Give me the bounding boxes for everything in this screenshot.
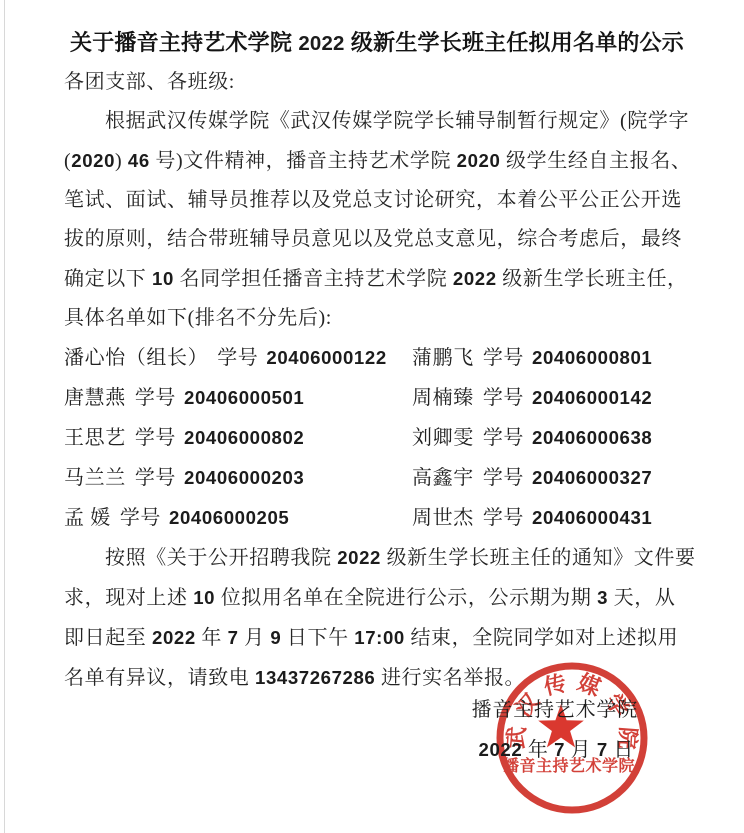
mentor-roster: 潘心怡（组长）学号20406000122 蒲鹏飞学号20406000801 唐慧… xyxy=(64,338,690,538)
roster-cell: 周楠臻学号20406000142 xyxy=(412,378,652,418)
paragraph-line: 笔试、面试、辅导员推荐以及党总支讨论研究，本着公平公正公开选 xyxy=(64,181,690,220)
document-page: 关于播音主持艺术学院 2022 级新生学长班主任拟用名单的公示 各团支部、各班级… xyxy=(0,0,744,833)
roster-cell: 蒲鹏飞学号20406000801 xyxy=(412,338,652,378)
student-id: 20406000142 xyxy=(532,387,652,408)
roster-cell: 孟 媛学号20406000205 xyxy=(64,498,412,538)
student-name: 唐慧燕 xyxy=(64,387,126,409)
paragraph-line: (2020) 46 号)文件精神，播音主持艺术学院 2020 级学生经自主报名、 xyxy=(64,141,690,181)
student-name: 刘卿雯 xyxy=(412,427,474,449)
paragraph-line: 按照《关于公开招聘我院 2022 级新生学长班主任的通知》文件要 xyxy=(64,538,690,578)
roster-cell: 周世杰学号20406000431 xyxy=(412,498,652,538)
signature-date: 2022 年 7 月 7 日 xyxy=(479,737,635,763)
roster-row: 王思艺学号20406000802 刘卿雯学号20406000638 xyxy=(64,418,690,458)
student-id: 20406000327 xyxy=(532,467,652,488)
roster-row: 潘心怡（组长）学号20406000122 蒲鹏飞学号20406000801 xyxy=(64,338,690,378)
student-id: 20406000802 xyxy=(184,427,304,448)
student-id-label: 学号 xyxy=(483,427,524,449)
paragraph-line: 拔的原则，结合带班辅导员意见以及党总支意见，综合考虑后，最终 xyxy=(64,220,690,259)
roster-cell: 高鑫宇学号20406000327 xyxy=(412,458,652,498)
student-id-label: 学号 xyxy=(135,467,176,489)
paragraph-line: 求，现对上述 10 位拟用名单在全院进行公示，公示期为期 3 天，从 xyxy=(64,578,690,618)
paragraph-line: 具体名单如下(排名不分先后): xyxy=(64,299,690,338)
roster-row: 马兰兰学号20406000203 高鑫宇学号20406000327 xyxy=(64,458,690,498)
document-body: 关于播音主持艺术学院 2022 级新生学长班主任拟用名单的公示 各团支部、各班级… xyxy=(64,24,690,698)
student-id-label: 学号 xyxy=(483,507,524,529)
student-name: 高鑫宇 xyxy=(412,467,474,489)
student-id: 20406000801 xyxy=(532,347,652,368)
student-name: 王思艺 xyxy=(64,427,126,449)
student-id-label: 学号 xyxy=(483,467,524,489)
roster-row: 唐慧燕学号20406000501 周楠臻学号20406000142 xyxy=(64,378,690,418)
roster-cell: 马兰兰学号20406000203 xyxy=(64,458,412,498)
document-title: 关于播音主持艺术学院 2022 级新生学长班主任拟用名单的公示 xyxy=(64,24,690,63)
student-name: 孟 媛 xyxy=(64,507,111,529)
paragraph-line: 即日起至 2022 年 7 月 9 日下午 17:00 结束，全院同学如对上述拟… xyxy=(64,618,690,658)
roster-cell: 刘卿雯学号20406000638 xyxy=(412,418,652,458)
roster-row: 孟 媛学号20406000205 周世杰学号20406000431 xyxy=(64,498,690,538)
student-id: 20406000431 xyxy=(532,507,652,528)
student-id-label: 学号 xyxy=(135,427,176,449)
paragraph-line: 确定以下 10 名同学担任播音主持艺术学院 2022 级新生学长班主任， xyxy=(64,259,690,299)
student-id-label: 学号 xyxy=(483,347,524,369)
student-name: 潘心怡（组长） xyxy=(64,347,208,369)
student-id-label: 学号 xyxy=(135,387,176,409)
roster-cell: 王思艺学号20406000802 xyxy=(64,418,412,458)
roster-cell: 唐慧燕学号20406000501 xyxy=(64,378,412,418)
student-id: 20406000638 xyxy=(532,427,652,448)
student-name: 周世杰 xyxy=(412,507,474,529)
paragraph-line: 根据武汉传媒学院《武汉传媒学院学长辅导制暂行规定》(院学字 xyxy=(64,102,690,141)
paragraph-1: 根据武汉传媒学院《武汉传媒学院学长辅导制暂行规定》(院学字 (2020) 46 … xyxy=(64,102,690,338)
student-id-label: 学号 xyxy=(120,507,161,529)
salutation: 各团支部、各班级: xyxy=(64,63,690,102)
student-id: 20406000205 xyxy=(169,507,289,528)
student-id-label: 学号 xyxy=(483,387,524,409)
scan-edge-line xyxy=(4,0,5,833)
student-id: 20406000203 xyxy=(184,467,304,488)
student-name: 蒲鹏飞 xyxy=(412,347,474,369)
student-id: 20406000501 xyxy=(184,387,304,408)
student-id: 20406000122 xyxy=(266,347,386,368)
signature-org: 播音主持艺术学院 xyxy=(472,697,638,723)
student-name: 周楠臻 xyxy=(412,387,474,409)
roster-cell: 潘心怡（组长）学号20406000122 xyxy=(64,338,412,378)
student-name: 马兰兰 xyxy=(64,467,126,489)
student-id-label: 学号 xyxy=(217,347,258,369)
